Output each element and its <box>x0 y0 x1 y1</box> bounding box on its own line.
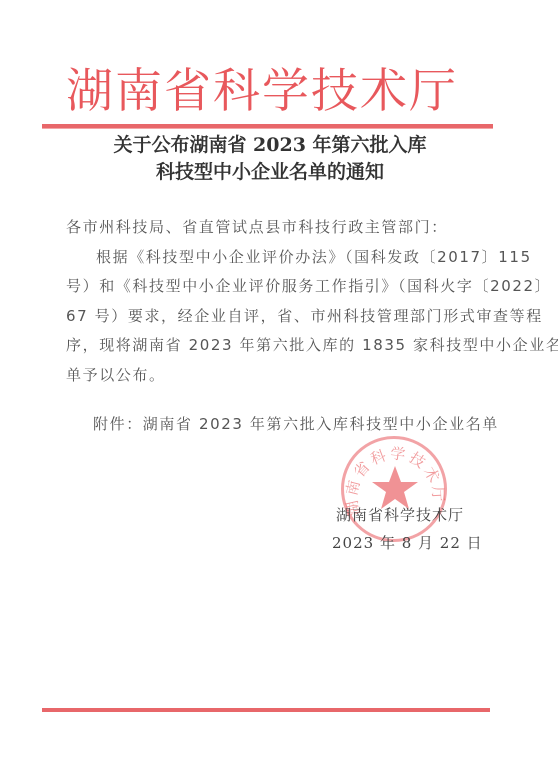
attachment-line: 附件：湖南省 2023 年第六批入库科技型中小企业名单 <box>93 413 499 434</box>
paragraph-line: 67 号）要求，经企业自评，省、市州科技管理部门形式审查等程 <box>66 305 543 326</box>
paragraph-line: 序，现将湖南省 2023 年第六批入库的 1835 家科技型中小企业名 <box>66 334 558 355</box>
issue-date: 2023 年 8 月 22 日 <box>332 532 483 553</box>
masthead-title: 湖南省科学技术厅 <box>66 62 476 122</box>
footer-divider <box>42 708 490 712</box>
issuer-name: 湖南省科学技术厅 <box>336 504 464 525</box>
salutation: 各市州科技局、省直管试点县市科技行政主管部门： <box>66 216 448 237</box>
header-divider <box>42 124 493 129</box>
paragraph-line: 单予以公布。 <box>66 364 166 385</box>
document-title-line-2: 科技型中小企业名单的通知 <box>0 157 540 184</box>
paragraph-line: 根据《科技型中小企业评价办法》（国科发政〔2017〕115 <box>96 246 532 267</box>
paragraph-line: 号）和《科技型中小企业评价服务工作指引》（国科火字〔2022〕 <box>66 275 551 296</box>
document-title-line-1: 关于公布湖南省 2023 年第六批入库 <box>0 130 540 157</box>
